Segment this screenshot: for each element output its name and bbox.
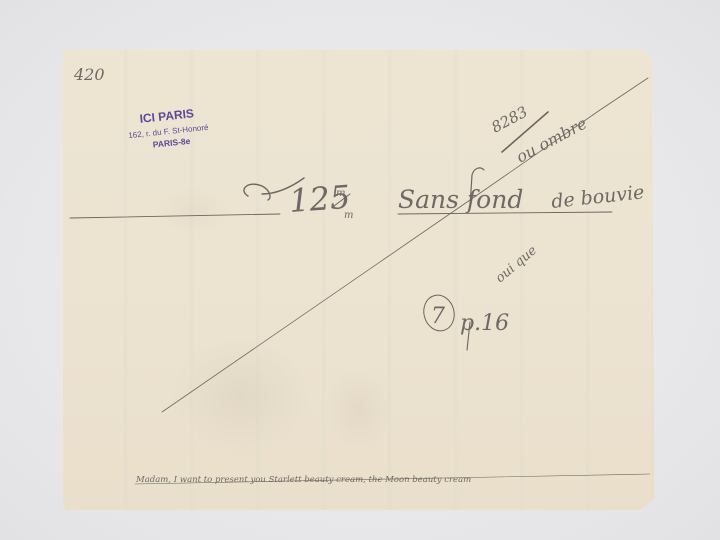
caption-text: Madam, I want to present you Starlett be…	[135, 475, 471, 485]
main-text: Sans fond	[398, 185, 523, 214]
main-text-end: de bouvie	[550, 181, 645, 213]
page-reference: p.16	[460, 311, 509, 336]
stamp-line-1: ICI PARIS	[139, 106, 195, 126]
stamp-line-3: PARIS-8e	[152, 136, 191, 150]
circled-number: 7	[431, 304, 445, 329]
ici-paris-stamp: ICI PARIS 162, r. du F. St-Honoré PARIS-…	[126, 105, 211, 152]
annotation-layer: 420 ICI PARIS 162, r. du F. St-Honoré PA…	[0, 0, 720, 540]
unit-bottom: m	[344, 210, 353, 221]
side-note: oui que	[493, 243, 540, 286]
reference-number: 8283	[488, 103, 530, 137]
inventory-number: 420	[73, 65, 105, 84]
unit-top: m	[336, 188, 345, 199]
